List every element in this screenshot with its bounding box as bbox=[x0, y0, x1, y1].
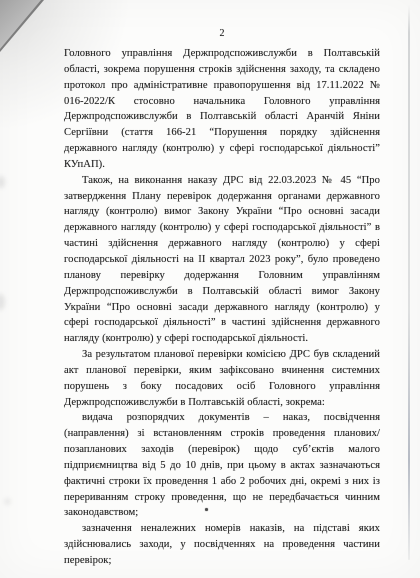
scan-smudge bbox=[4, 498, 11, 505]
paper-edge-line bbox=[408, 5, 410, 560]
scanned-document-page: 2 Головного управління Держпродспоживслу… bbox=[0, 0, 420, 578]
paragraph-violation-numbers: зазначення неналежних номерів наказів, н… bbox=[64, 521, 380, 569]
ink-dot-artifact bbox=[205, 508, 208, 511]
paragraph-violation-terms: видача розпорядчих документів – наказ, п… bbox=[64, 410, 380, 521]
paragraph-inspection-act: За результатом планової перевірки комісі… bbox=[64, 347, 380, 410]
document-body: Головного управління Держпродспоживслужб… bbox=[64, 46, 380, 569]
paragraph-order-45: Також, на виконання наказу ДРС від 22.03… bbox=[64, 173, 380, 347]
scan-smudge bbox=[0, 176, 5, 188]
paragraph-continuation: Головного управління Держпродспоживслужб… bbox=[64, 46, 380, 173]
scan-smudge bbox=[0, 294, 5, 310]
page-number: 2 bbox=[64, 28, 380, 39]
